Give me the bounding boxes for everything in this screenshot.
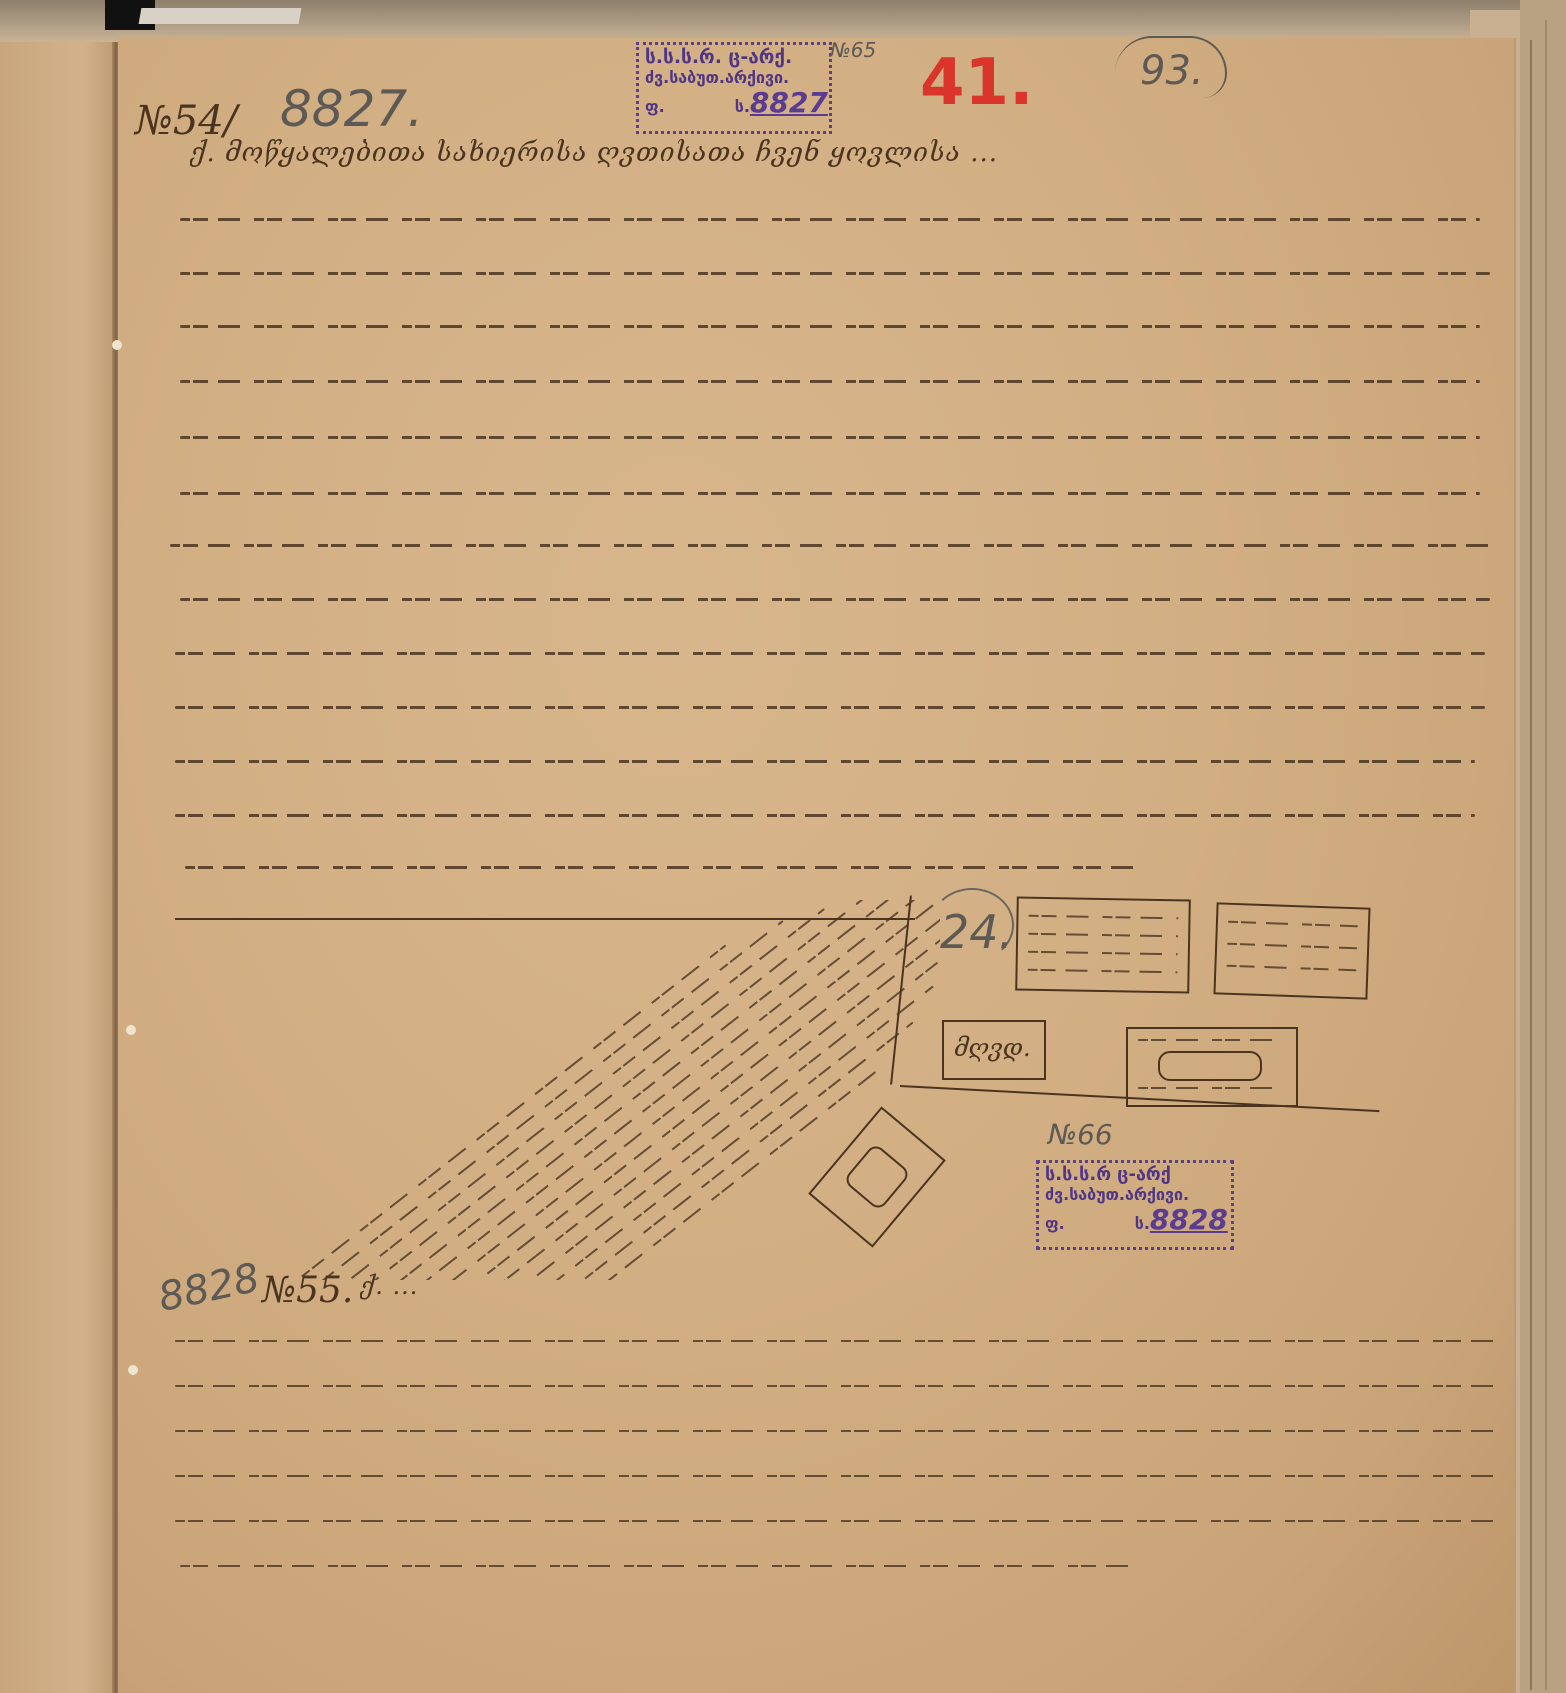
seal-text-line [1028,915,1178,920]
stamp-fond-label: ფ. [645,98,665,116]
page-stack-right-outer [1520,0,1566,1693]
handwriting-line [175,1385,1505,1387]
seal-text-line [1138,1039,1278,1041]
seal-text-line [1228,921,1358,928]
handwriting-line [180,436,1480,439]
handwriting-line [180,325,1480,328]
pencil-id-8827: 8827. [280,80,423,138]
handwriting-line [170,544,1490,547]
pencil-number-24: 24. [940,905,1013,959]
handwriting-line [180,598,1490,601]
seal-text-line [1028,951,1178,956]
stamp-line-1: ს.ს.ს.რ. ც-არქ. [645,47,823,69]
handwriting-line [175,652,1485,655]
archive-stamp-top: ს.ს.ს.რ. ც-არქ. ძვ.საბუთ.არქივი. ფ. ს. 8… [636,42,832,134]
page-edge-line [1545,20,1547,1690]
binding-hole [126,1025,136,1035]
seal-text: მღვდ. [954,1034,1031,1062]
red-folio-number: 41. [920,46,1033,120]
left-facing-page [0,42,118,1693]
signature-line [205,922,940,1280]
handwriting-line [180,272,1490,275]
handwriting-line [180,492,1480,495]
diagonal-signatures-block [140,900,940,1280]
inner-seal-oval [1158,1051,1262,1081]
page-edge-line [1530,40,1532,1690]
handwriting-line [175,1340,1505,1342]
stamp-s-label: ს. [735,98,750,116]
signature-line [176,900,918,1280]
handwriting-line [175,1430,1505,1432]
seal-box [1213,902,1370,999]
seal-text-line [1138,1087,1278,1089]
signature-line [225,984,935,1280]
handwriting-line [180,1565,1140,1567]
signature-line [215,947,940,1280]
stamp-s-label: ს. [1135,1215,1150,1233]
entry-label-55: №55. [262,1270,353,1311]
pencil-folio-number: 93. [1140,48,1204,94]
stamp-fond-label: ფ. [1045,1215,1065,1233]
handwriting-line [175,1475,1505,1477]
handwriting-line [175,760,1475,763]
handwriting-line [175,814,1475,817]
stamp-line-1: ს.ს.ს.რ ც-არქ [1045,1165,1225,1186]
seal-text-line [1226,965,1356,972]
handwriting-line [180,380,1480,383]
stamp-number: 8827 [750,87,828,119]
stamp-line-2: ძვ.საბუთ.არქივი. [1045,1186,1225,1204]
handwriting-line [175,1520,1505,1522]
stamp-line-2: ძვ.საბუთ.არქივი. [645,69,823,87]
signature-line [166,900,892,1280]
pencil-number-65: №65 [830,38,876,62]
seal-box [1126,1027,1298,1107]
seal-text-line [1227,943,1357,950]
entry-54-line-1: ქ. მოწყალებითა სახიერისა ღვთისათა ჩვენ ყ… [190,138,1390,168]
seal-box-priest: მღვდ. [942,1020,1046,1080]
handwriting-line [185,866,1135,869]
archive-stamp-bottom: ს.ს.ს.რ ც-არქ ძვ.საბუთ.არქივი. ფ. ს. 882… [1036,1160,1234,1250]
handwriting-line [175,706,1485,709]
paper-strip [139,8,302,24]
binding-hole [112,340,122,350]
signature-line [146,908,825,1280]
stamp-number: 8828 [1150,1204,1228,1236]
binding-hole [128,1365,138,1375]
pencil-number-66: №66 [1048,1118,1113,1151]
seal-box [1015,896,1191,993]
seal-text-line [1028,969,1178,974]
entry-55-line-1: ქ. ... [360,1272,1300,1300]
handwriting-line [180,218,1480,221]
inner-seal [843,1142,912,1211]
seal-text-line [1028,933,1178,938]
